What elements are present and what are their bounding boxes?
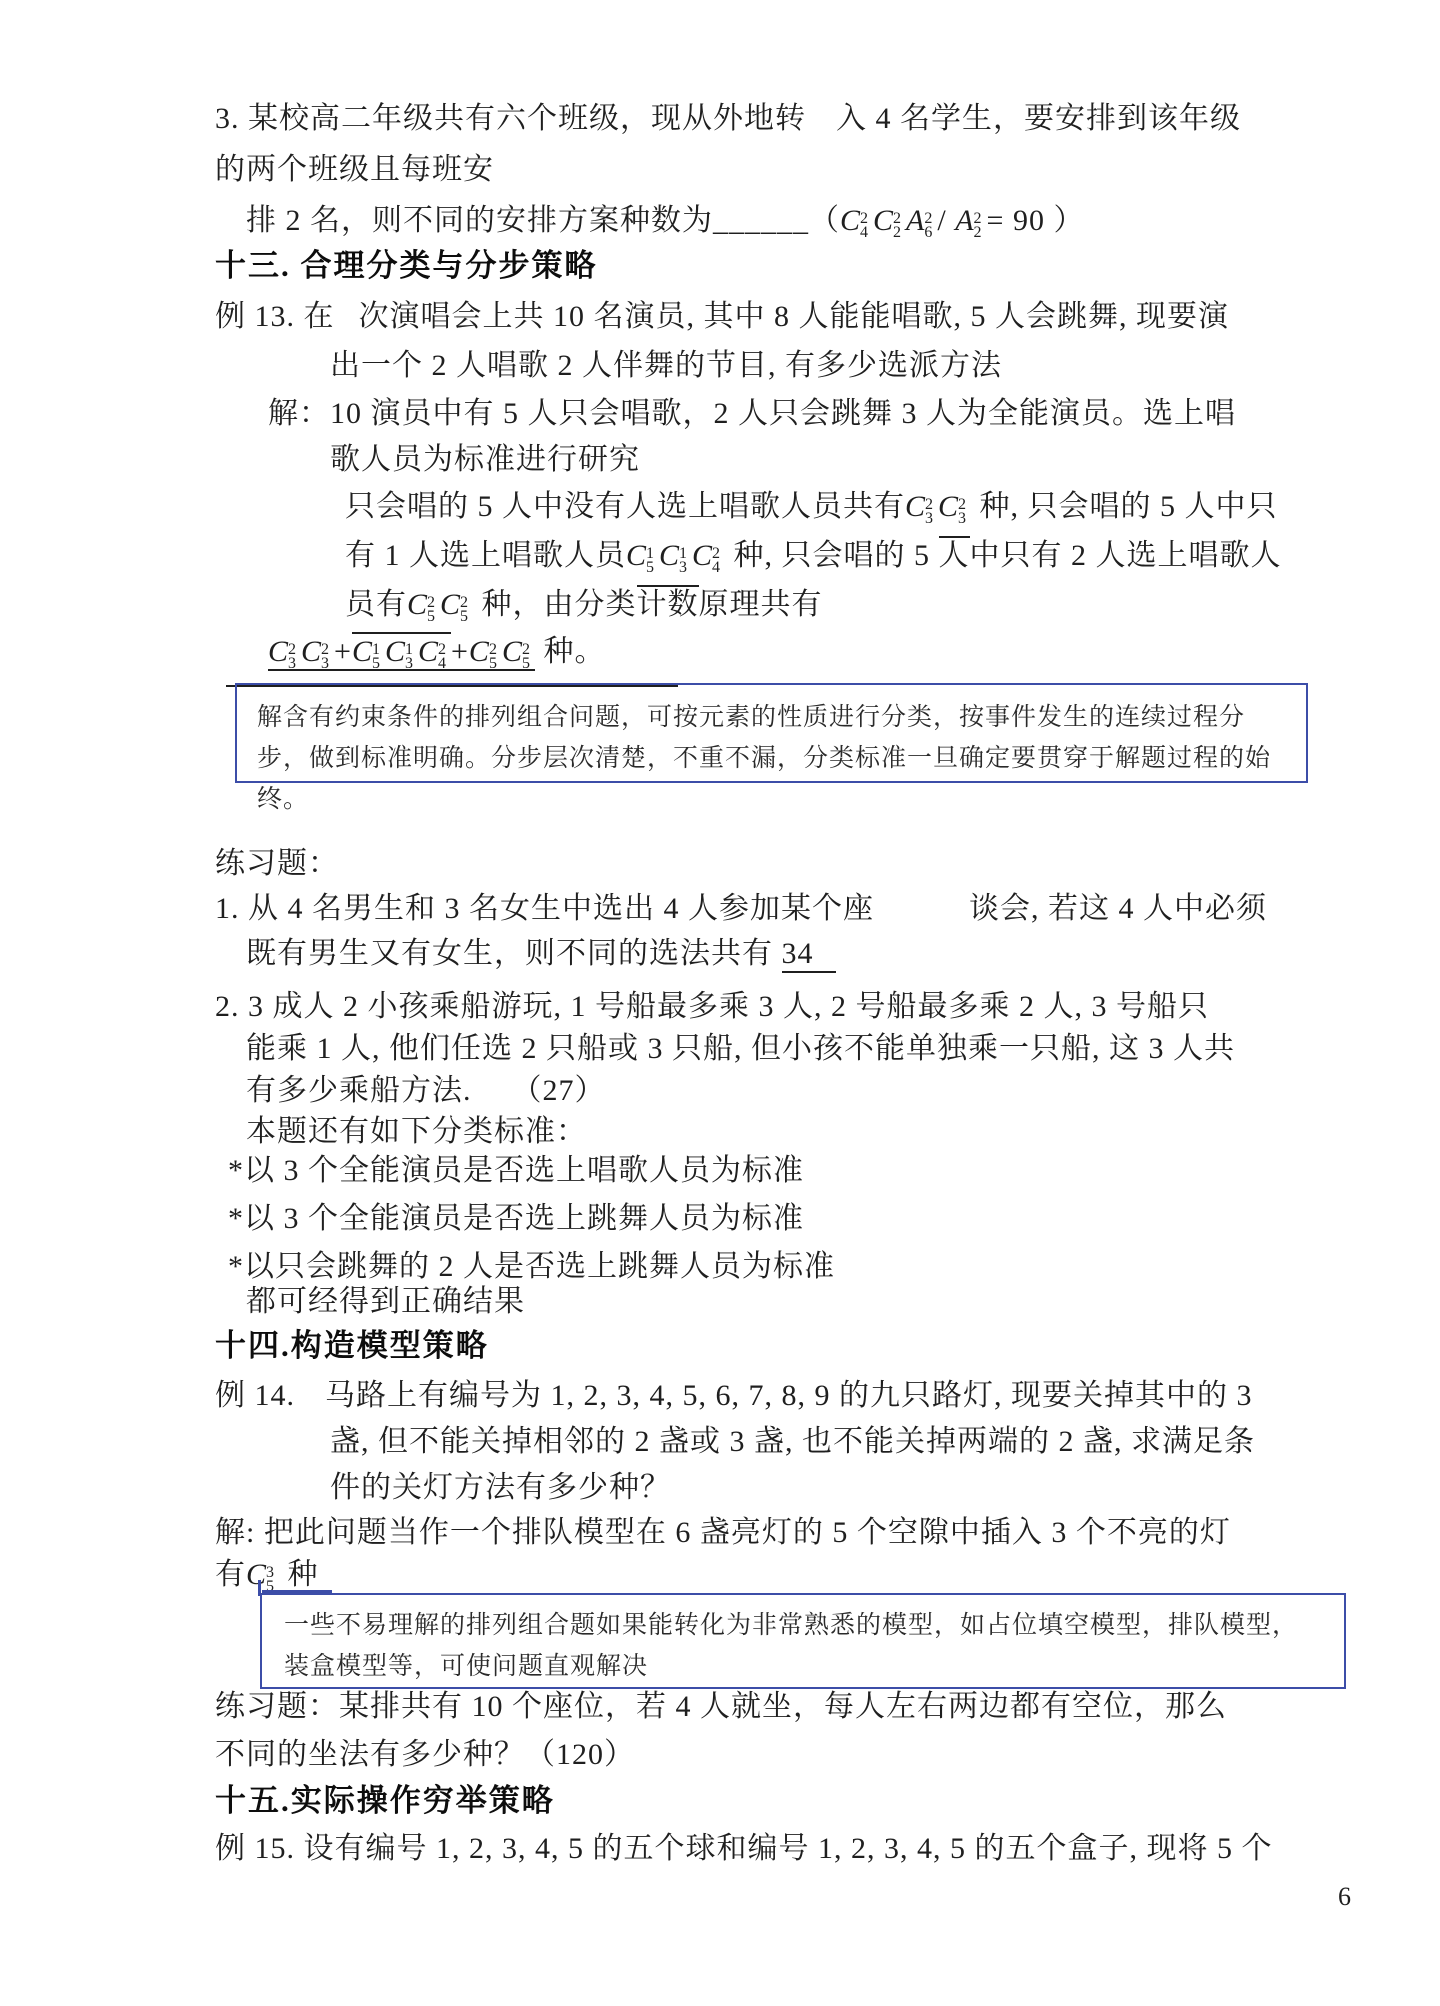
scan-artifact-vertical-stub xyxy=(258,1580,261,1596)
math-atom: C15 xyxy=(626,537,658,575)
text-segment: 出一个 2 人唱歌 2 人伴舞的节目, 有多少选派方法 xyxy=(330,349,1002,382)
text-segment: 既有男生又有女生，则不同的选法共有 xyxy=(246,937,782,970)
text-segment: 有 1 人选上唱歌人员 xyxy=(345,539,626,572)
note-box-model-strategy: 一些不易理解的排列组合题如果能转化为非常熟悉的模型，如占位填空模型，排队模型，装… xyxy=(260,1593,1346,1689)
text-segment: + xyxy=(451,635,469,671)
math-atom: C24 xyxy=(418,633,450,671)
example-13-line-1: 例 13. 在 次演唱会上共 10 名演员, 其中 8 人能能唱歌, 5 人会跳… xyxy=(215,298,1229,336)
text-gap xyxy=(874,890,969,928)
math-atom: C23 xyxy=(268,633,300,671)
example-14-line-2: 盏, 但不能关掉相邻的 2 盏或 3 盏, 也不能关掉两端的 2 盏, 求满足条 xyxy=(330,1423,1255,1461)
text-segment: 原理共有 xyxy=(699,588,823,621)
text-segment: *以 3 个全能演员是否选上唱歌人员为标准 xyxy=(228,1154,804,1187)
text-segment: 中只有 2 人选上唱歌人 xyxy=(970,539,1282,572)
text-segment: + xyxy=(334,635,352,671)
note-box-classification-strategy: 解含有约束条件的排列组合问题，可按元素的性质进行分类，按事件发生的连续过程分步，… xyxy=(235,683,1308,783)
text-segment: ______ xyxy=(713,204,809,237)
underlined-text: 34 xyxy=(782,937,836,973)
section-heading-14: 十四.构造模型策略 xyxy=(215,1327,489,1365)
problem-3-line-2: 的两个班级且每班安 xyxy=(215,151,494,189)
problem-3-line-1: 3. 某校高二年级共有六个班级，现从外地转 入 4 名学生，要安排到该年级 xyxy=(215,100,1241,138)
text-segment: 解：10 演员中有 5 人只会唱歌，2 人只会跳舞 3 人为全能演员。选上唱 xyxy=(268,397,1236,430)
text-segment: 谈会, 若这 4 人中必须 xyxy=(969,892,1267,925)
document-page: 解含有约束条件的排列组合问题，可按元素的性质进行分类，按事件发生的连续过程分步，… xyxy=(0,0,1440,2006)
math-atom: A22 xyxy=(955,202,985,240)
overlined-text: 计数 xyxy=(637,585,699,621)
practice-seats-line-1: 练习题：某排共有 10 个座位，若 4 人就坐，每人左右两边都有空位，那么 xyxy=(215,1688,1227,1726)
section-heading-13: 十三. 合理分类与分步策略 xyxy=(215,247,598,285)
math-atom: C22 xyxy=(873,202,905,240)
math-atom: C13 xyxy=(385,633,417,671)
text-segment: 入 4 名学生，要安排到该年级 xyxy=(836,102,1241,135)
math-atom: C25 xyxy=(440,586,472,624)
alt-standard-3: *以只会跳舞的 2 人是否选上跳舞人员为标准 xyxy=(228,1248,835,1286)
math-expression: C24C22A26 xyxy=(840,204,937,237)
example-15-line-1: 例 15. 设有编号 1, 2, 3, 4, 5 的五个球和编号 1, 2, 3… xyxy=(215,1830,1273,1868)
section-heading-15: 十五.实际操作穷举策略 xyxy=(215,1782,555,1820)
example-13-solution-line-5: 员有C25C25 种，由分类计数原理共有 xyxy=(345,586,823,624)
math-atom: C24 xyxy=(692,537,724,575)
text-segment: 例 14. xyxy=(215,1379,295,1412)
formula-total: C23C23+C15C13C24+C25C25 种。 xyxy=(268,633,605,671)
practice-2-line-2: 能乘 1 人, 他们任选 2 只船或 3 只船, 但小孩不能单独乘一只船, 这 … xyxy=(246,1030,1235,1068)
practice-label: 练习题： xyxy=(215,845,339,883)
alt-standards-intro: 本题还有如下分类标准： xyxy=(246,1113,587,1151)
practice-1-line-1: 1. 从 4 名男生和 3 名女生中选出 4 人参加某个座 谈会, 若这 4 人… xyxy=(215,890,1267,928)
text-segment: 解: 把此问题当作一个排队模型在 6 盏亮灯的 5 个空隙中插入 3 个不亮的灯 xyxy=(215,1516,1231,1549)
alt-standard-2: *以 3 个全能演员是否选上跳舞人员为标准 xyxy=(228,1200,804,1238)
text-segment: 3. 某校高二年级共有六个班级，现从外地转 xyxy=(215,102,806,135)
text-segment: 排 2 名，则不同的安排方案种数为 xyxy=(246,204,713,237)
math-atom: C25 xyxy=(502,633,534,671)
text-segment: 2. 3 成人 2 小孩乘船游玩, 1 号船最多乘 3 人, 2 号船最多乘 2… xyxy=(215,990,1209,1023)
text-segment: 十四.构造模型策略 xyxy=(215,1328,489,1363)
math-atom: C25 xyxy=(469,633,501,671)
text-gap xyxy=(472,1072,512,1110)
text-gap xyxy=(295,1377,325,1415)
math-atom: C23 xyxy=(905,488,937,526)
math-expression: C35 xyxy=(246,1558,279,1591)
example-14-solution-line-2: 有C35 种 xyxy=(215,1556,319,1594)
text-segment: 次演唱会上共 10 名演员, 其中 8 人能能唱歌, 5 人会跳舞, 现要演 xyxy=(359,300,1230,333)
math-expression: C23C23 xyxy=(268,635,334,671)
text-segment: 马路上有编号为 1, 2, 3, 4, 5, 6, 7, 8, 9 的九只路灯,… xyxy=(325,1379,1253,1412)
text-segment: 只会唱的 5 人中没有人选上唱歌人员共有 xyxy=(345,490,905,523)
text-segment: 有多少乘船方法. xyxy=(246,1074,472,1107)
text-segment: 件的关灯方法有多少种？ xyxy=(330,1471,671,1504)
text-segment: （27） xyxy=(512,1074,606,1107)
text-segment: *以 3 个全能演员是否选上跳舞人员为标准 xyxy=(228,1202,804,1235)
text-gap xyxy=(806,100,836,138)
text-segment: 练习题：某排共有 10 个座位，若 4 人就坐，每人左右两边都有空位，那么 xyxy=(215,1690,1227,1723)
text-segment: 歌人员为标准进行研究 xyxy=(330,443,640,476)
example-14-solution-line-1: 解: 把此问题当作一个排队模型在 6 盏亮灯的 5 个空隙中插入 3 个不亮的灯 xyxy=(215,1514,1231,1552)
math-expression: C15C13C24 xyxy=(626,539,725,572)
text-segment: 的两个班级且每班安 xyxy=(215,153,494,186)
example-13-line-2: 出一个 2 人唱歌 2 人伴舞的节目, 有多少选派方法 xyxy=(330,347,1002,385)
math-atom: C15 xyxy=(352,633,384,671)
text-segment: 种, 只会唱的 5 人中只 xyxy=(971,490,1278,523)
text-segment: 十五.实际操作穷举策略 xyxy=(215,1783,555,1818)
math-atom: A26 xyxy=(906,202,936,240)
text-segment: 例 15. 设有编号 1, 2, 3, 4, 5 的五个球和编号 1, 2, 3… xyxy=(215,1832,1273,1865)
example-13-solution-line-2: 歌人员为标准进行研究 xyxy=(330,441,640,479)
text-segment: 不同的坐法有多少种？（120） xyxy=(215,1738,635,1771)
page-number: 6 xyxy=(1338,1882,1351,1912)
practice-2-line-1: 2. 3 成人 2 小孩乘船游玩, 1 号船最多乘 3 人, 2 号船最多乘 2… xyxy=(215,988,1209,1026)
text-segment: *以只会跳舞的 2 人是否选上跳舞人员为标准 xyxy=(228,1250,835,1283)
text-segment: 员有 xyxy=(345,588,407,621)
text-segment: （ xyxy=(809,204,840,237)
math-atom: C25 xyxy=(407,586,439,624)
alt-standards-outro: 都可经得到正确结果 xyxy=(246,1283,525,1321)
text-gap xyxy=(335,298,359,336)
text-segment: 盏, 但不能关掉相邻的 2 盏或 3 盏, 也不能关掉两端的 2 盏, 求满足条 xyxy=(330,1425,1255,1458)
text-segment: 能乘 1 人, 他们任选 2 只船或 3 只船, 但小孩不能单独乘一只船, 这 … xyxy=(246,1032,1235,1065)
math-expression: C25C25 xyxy=(407,588,473,621)
text-segment: 本题还有如下分类标准： xyxy=(246,1115,587,1148)
example-13-solution-line-4: 有 1 人选上唱歌人员C15C13C24 种, 只会唱的 5 人中只有 2 人选… xyxy=(345,537,1282,575)
example-14-line-3: 件的关灯方法有多少种？ xyxy=(330,1469,671,1507)
text-segment: 种。 xyxy=(535,635,606,668)
math-expression: C15C13C24 xyxy=(352,632,451,671)
example-14-line-1: 例 14. 马路上有编号为 1, 2, 3, 4, 5, 6, 7, 8, 9 … xyxy=(215,1377,1253,1415)
text-segment: 十三. 合理分类与分步策略 xyxy=(215,248,598,283)
example-13-solution-line-3: 只会唱的 5 人中没有人选上唱歌人员共有C23C23 种, 只会唱的 5 人中只 xyxy=(345,488,1278,526)
math-atom: C35 xyxy=(246,1556,278,1594)
practice-seats-line-2: 不同的坐法有多少种？（120） xyxy=(215,1736,635,1774)
text-segment: 例 13. 在 xyxy=(215,300,335,333)
problem-3-line-3: 排 2 名，则不同的安排方案种数为______（C24C22A26/ A22= … xyxy=(246,202,1084,240)
alt-standard-1: *以 3 个全能演员是否选上唱歌人员为标准 xyxy=(228,1152,804,1190)
text-segment: 有 xyxy=(215,1558,246,1591)
text-segment: 练习题： xyxy=(215,847,339,880)
math-atom: C13 xyxy=(659,537,691,575)
math-expression: C23C23 xyxy=(905,490,971,523)
math-atom: C23 xyxy=(301,633,333,671)
math-atom: C23 xyxy=(938,488,970,526)
text-segment: 都可经得到正确结果 xyxy=(246,1285,525,1318)
scan-artifact-horizontal-stub xyxy=(262,1590,332,1594)
math-expression: A22 xyxy=(955,204,986,237)
overlined-text: 人 xyxy=(939,536,970,572)
text-segment: 种，由分类 xyxy=(473,588,637,621)
math-expression: C25C25 xyxy=(469,635,535,671)
example-13-solution-line-1: 解：10 演员中有 5 人只会唱歌，2 人只会跳舞 3 人为全能演员。选上唱 xyxy=(268,395,1236,433)
text-segment: 1. 从 4 名男生和 3 名女生中选出 4 人参加某个座 xyxy=(215,892,874,925)
text-segment: = 90 ） xyxy=(987,204,1085,237)
text-segment: 种, 只会唱的 5 xyxy=(725,539,939,572)
practice-2-line-3: 有多少乘船方法. （27） xyxy=(246,1072,606,1110)
text-segment: / xyxy=(937,204,955,237)
math-atom: C24 xyxy=(840,202,872,240)
practice-1-line-2: 既有男生又有女生，则不同的选法共有 34 xyxy=(246,935,836,973)
text-segment: 种 xyxy=(279,1558,319,1591)
